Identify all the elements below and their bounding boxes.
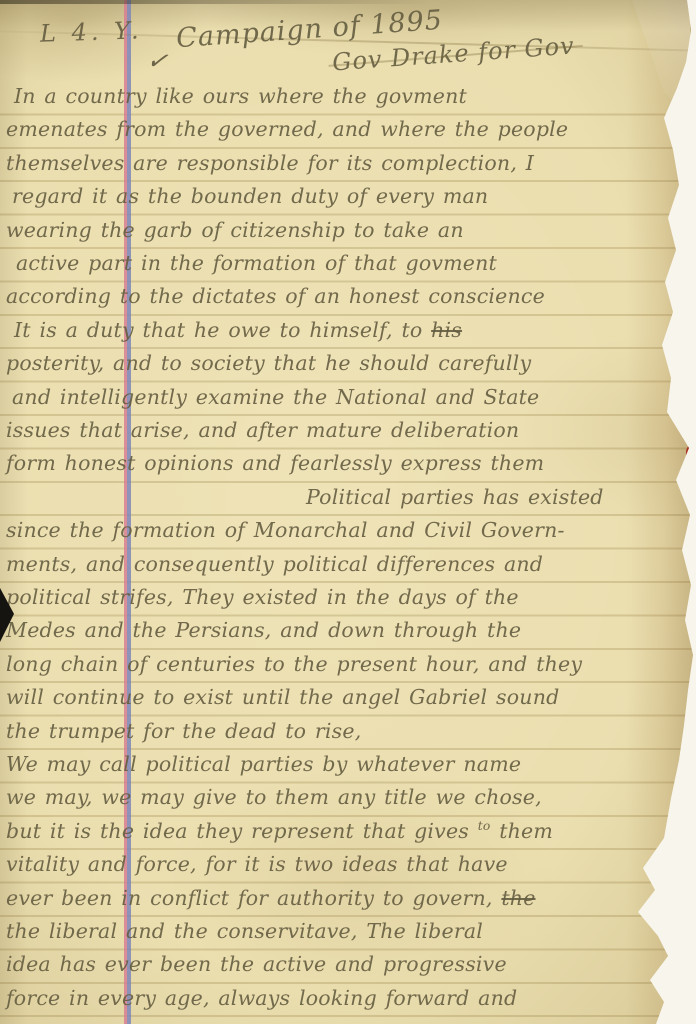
manuscript-line: ever been in conflict for authority to g…	[6, 886, 536, 910]
manuscript-line: We may call political parties by whateve…	[6, 752, 521, 776]
manuscript-text: In a country like ours where the govment	[14, 84, 467, 108]
manuscript-photo: L 4. Y. ✓ Campaign of 1895 Gov Drake for…	[0, 0, 696, 1024]
manuscript-text: and intelligently examine the National a…	[12, 385, 539, 409]
manuscript-text: It is a duty that he owe to himself, to	[14, 318, 431, 342]
manuscript-line: Political parties has existed	[306, 485, 604, 509]
manuscript-line: the liberal and the conservitave, The li…	[6, 919, 483, 943]
manuscript-text: Political parties has existed	[306, 485, 604, 509]
manuscript-line: according to the dictates of an honest c…	[6, 284, 545, 308]
photo-top-edge-shadow	[0, 0, 430, 4]
manuscript-line: active part in the formation of that gov…	[16, 251, 497, 275]
manuscript-text: posterity, and to society that he should…	[6, 351, 531, 375]
manuscript-text: will continue to exist until the angel G…	[6, 685, 559, 709]
manuscript-line: regard it as the bounden duty of every m…	[12, 184, 488, 208]
manuscript-line: we may, we may give to them any title we…	[6, 785, 542, 809]
manuscript-lines: In a country like ours where the govment…	[6, 0, 672, 1024]
manuscript-line: Medes and the Persians, and down through…	[6, 618, 521, 642]
manuscript-text: the liberal and the conservitave, The li…	[6, 919, 483, 943]
red-ink-spot	[686, 446, 694, 460]
manuscript-text: active part in the formation of that gov…	[16, 251, 497, 275]
manuscript-text: issues that arise, and after mature deli…	[6, 418, 519, 442]
manuscript-text: ments, and consequently political differ…	[6, 552, 543, 576]
paper-sheet: L 4. Y. ✓ Campaign of 1895 Gov Drake for…	[0, 0, 696, 1024]
manuscript-text: form honest opinions and fearlessly expr…	[6, 451, 544, 475]
manuscript-line: issues that arise, and after mature deli…	[6, 418, 519, 442]
manuscript-text: but it is the idea they represent that g…	[6, 819, 478, 843]
manuscript-text: ever been in conflict for authority to g…	[6, 886, 501, 910]
manuscript-line: force in every age, always looking forwa…	[6, 986, 517, 1010]
manuscript-text: regard it as the bounden duty of every m…	[12, 184, 488, 208]
manuscript-line: posterity, and to society that he should…	[6, 351, 531, 375]
manuscript-line: the trumpet for the dead to rise,	[6, 719, 361, 743]
manuscript-line: wearing the garb of citizenship to take …	[6, 218, 464, 242]
manuscript-text: vitality and force, for it is two ideas …	[6, 852, 508, 876]
manuscript-text: idea has ever been the active and progre…	[6, 952, 507, 976]
manuscript-line: emenates from the governed, and where th…	[6, 117, 568, 141]
manuscript-line: ments, and consequently political differ…	[6, 552, 543, 576]
manuscript-line: long chain of centuries to the present h…	[6, 652, 582, 676]
manuscript-line: form honest opinions and fearlessly expr…	[6, 451, 544, 475]
manuscript-text: we may, we may give to them any title we…	[6, 785, 542, 809]
manuscript-text: themselves are responsible for its compl…	[6, 151, 534, 175]
manuscript-line: In a country like ours where the govment	[14, 84, 467, 108]
manuscript-line: It is a duty that he owe to himself, to …	[14, 318, 462, 342]
manuscript-text: according to the dictates of an honest c…	[6, 284, 545, 308]
manuscript-text: We may call political parties by whateve…	[6, 752, 521, 776]
manuscript-text: political strifes, They existed in the d…	[6, 585, 519, 609]
manuscript-text: them	[490, 819, 553, 843]
manuscript-text: long chain of centuries to the present h…	[6, 652, 582, 676]
manuscript-line: political strifes, They existed in the d…	[6, 585, 519, 609]
manuscript-text: to	[478, 819, 491, 833]
manuscript-text: the trumpet for the dead to rise,	[6, 719, 361, 743]
manuscript-line: but it is the idea they represent that g…	[6, 819, 553, 843]
manuscript-text: since the formation of Monarchal and Civ…	[6, 518, 565, 542]
manuscript-line: and intelligently examine the National a…	[12, 385, 539, 409]
manuscript-text: emenates from the governed, and where th…	[6, 117, 568, 141]
manuscript-line: since the formation of Monarchal and Civ…	[6, 518, 565, 542]
manuscript-text: the	[501, 886, 535, 910]
manuscript-text: Medes and the Persians, and down through…	[6, 618, 521, 642]
manuscript-line: will continue to exist until the angel G…	[6, 685, 559, 709]
manuscript-text: his	[431, 318, 462, 342]
manuscript-line: idea has ever been the active and progre…	[6, 952, 507, 976]
manuscript-line: vitality and force, for it is two ideas …	[6, 852, 508, 876]
manuscript-text: wearing the garb of citizenship to take …	[6, 218, 464, 242]
manuscript-text: force in every age, always looking forwa…	[6, 986, 517, 1010]
manuscript-line: themselves are responsible for its compl…	[6, 151, 534, 175]
